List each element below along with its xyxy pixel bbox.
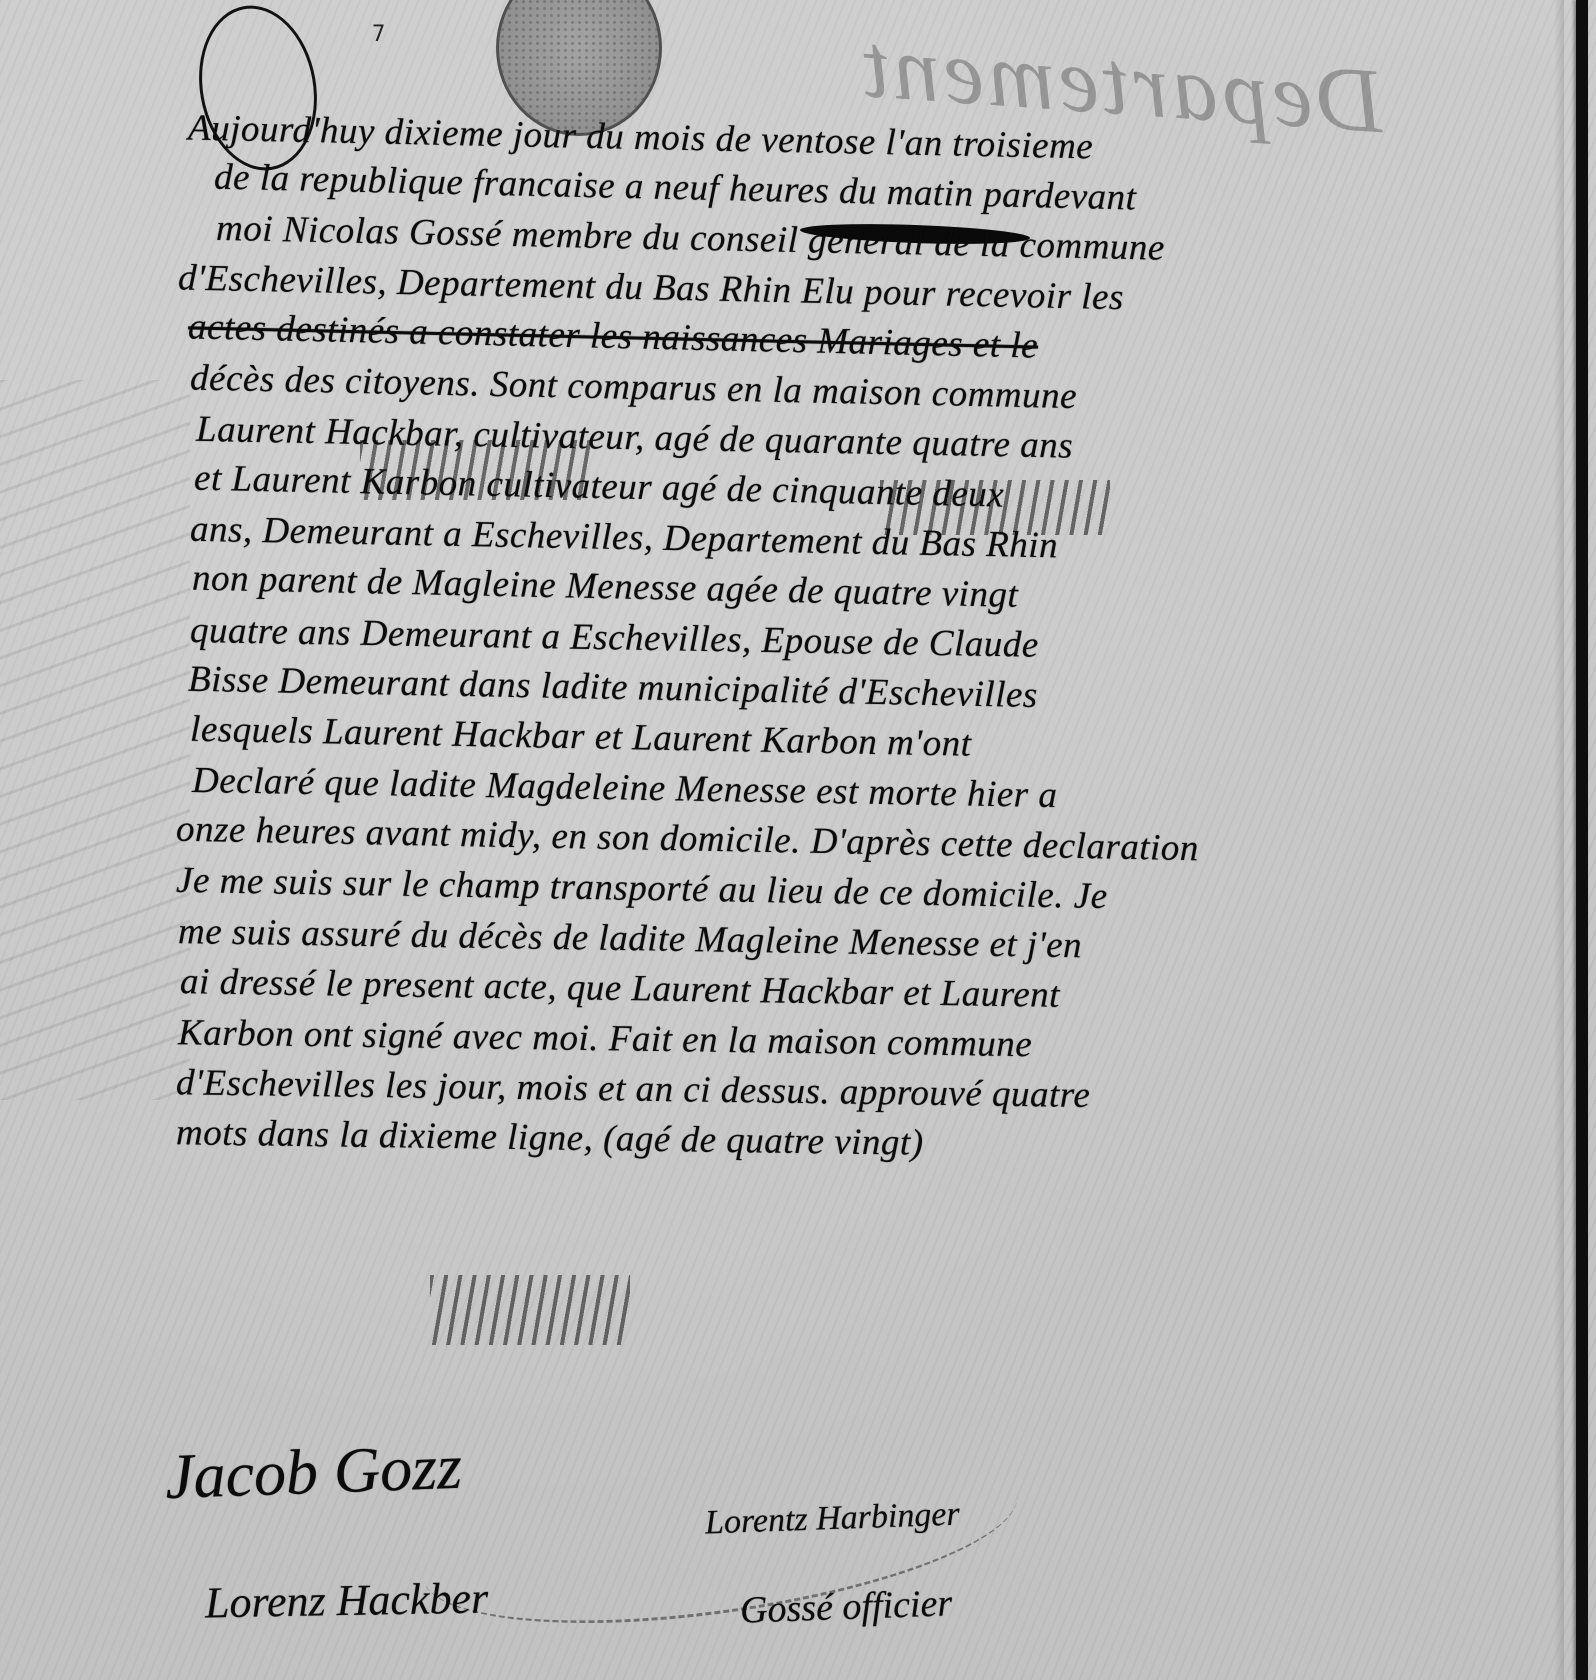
bleed-through-marks — [0, 380, 190, 1100]
ink-hatching — [430, 1275, 630, 1345]
signature: Jacob Gozz — [164, 1430, 463, 1514]
page-mark: 7 — [372, 22, 385, 47]
signature: Lorenz Hackber — [205, 1573, 489, 1629]
signature: Gossé officier — [739, 1581, 953, 1632]
page-edge-border — [1576, 0, 1588, 1680]
handwritten-body: Aujourd'huy dixieme jour du mois de vent… — [170, 118, 1570, 1168]
scanned-document-page: Departement 7 Aujourd'huy dixieme jour d… — [0, 0, 1596, 1680]
